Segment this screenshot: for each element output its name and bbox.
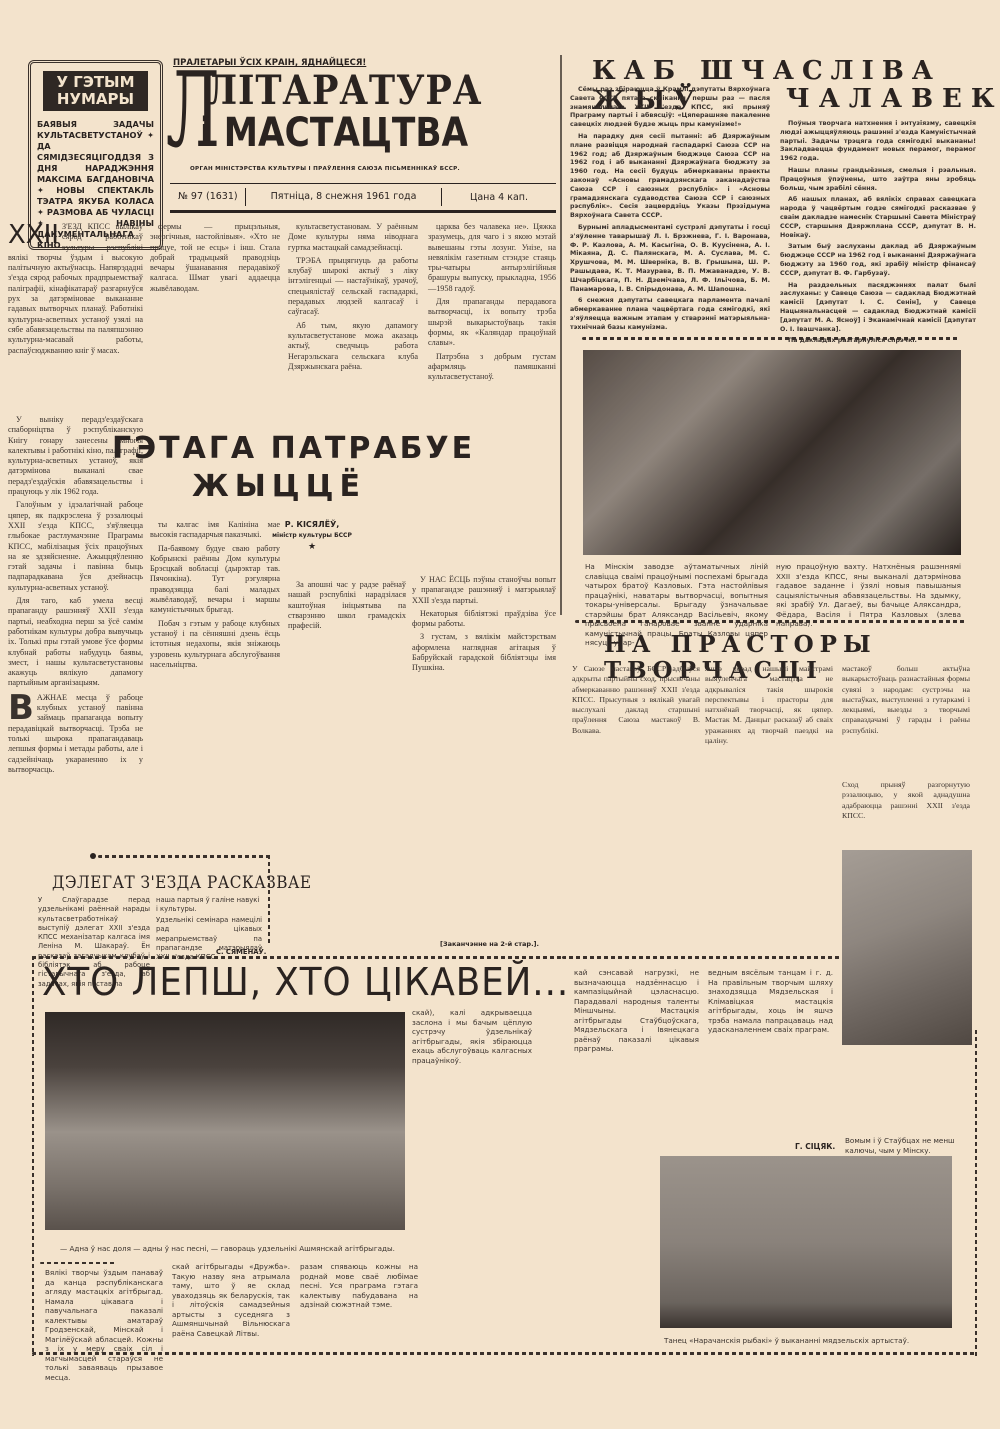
masthead-title-line1: ЛІТАРАТУРА (206, 70, 482, 112)
masthead-title-line2: і МАСТАЦТВА (200, 112, 468, 154)
delegate-author: С. СЯМЕНАЎ. (216, 948, 266, 956)
side-photo-caption: Вомым і ў Стаўбцах не менш калючы, чым у… (845, 1136, 970, 1155)
lead-left-column: Сёмы раз збіраюцца ў Крамлі дэпутаты Вяр… (570, 86, 770, 336)
issue-number: № 97 (1631) (170, 188, 246, 206)
contents-box-header: У ГЭТЫМ НУМАРЫ (43, 71, 148, 111)
delegate-headline: ДЭЛЕГАТ З'ЕЗДА РАСКАЗВАЕ (52, 873, 312, 893)
amateur-headline: ХТО ЛЕПШ, ХТО ЦІКАВЕЙ... (42, 962, 569, 1002)
lead-left-p2: На парадку дня сесіі пытанні: аб Дзяржаў… (570, 133, 770, 221)
art-col2: яшчэ перад нашымі майстрамі выяўленчага … (705, 664, 833, 746)
dance-photo-caption: Танец «Нарачанскія рыбакі» ў выкананні м… (664, 1336, 964, 1346)
amateur-col6: ведным вясёлым танцам і г. д. На правіль… (708, 968, 833, 1035)
lead-right-p2: Нашы планы грандыёзныя, смелыя і рэальны… (780, 167, 976, 193)
main-col4: царква без чалавека не». Цяжка зразумець… (428, 222, 556, 385)
main-col3-p3: Аб тым, якую дапамогу культасветустанове… (288, 321, 418, 372)
delegate-body-right-1: наша партыя ў галіне навукі і культуры. (156, 896, 262, 915)
bottom-section-top-border (32, 956, 562, 959)
main-col3-p2: ТРЭБА прыцягнуць да работы клубаў шырокі… (288, 256, 418, 318)
main-byline: Р. КІСЯЛЁЎ, міністр культуры БССР ★ (262, 520, 362, 552)
art-resolution: Сход прыняў разгорнутую рэзалюцыю, у яко… (842, 780, 970, 821)
lead-divider (582, 337, 960, 340)
main-col1-p2: Галоўным у ідэалагічнай рабоце цяпер, як… (8, 500, 143, 593)
lead-left-p1: Сёмы раз збіраюцца ў Крамлі дэпутаты Вяр… (570, 86, 770, 130)
main-col4-p6: З густам, з вялікім майстэрствам аформле… (412, 632, 556, 673)
art-col3: мастакоў больш актыўна выкарыстоўваць ра… (842, 664, 970, 736)
contents-header-line1: У ГЭТЫМ (45, 74, 146, 91)
amateur-col1: Вялікі творчы ўздым панаваў да канца рэс… (45, 1268, 163, 1382)
main-col4-p3: Патрэбна з добрым густам афармляць памяш… (428, 352, 556, 383)
main-headline-line1: ГЭТАГА ПАТРАБУЕ (112, 432, 475, 466)
caption-divider (40, 1262, 115, 1264)
amateur-col5: кай сэнсавай нагрузкі, не вызначаюцца на… (574, 968, 699, 1054)
lead-right-p1: Поўныя творчага натхнення і энтузіязму, … (780, 120, 976, 164)
art-col1: У Саюзе мастакоў БССР адбыўся адкрыты па… (572, 664, 700, 736)
lead-right-p3: Аб нашых планах, аб вялікіх справах саве… (780, 196, 976, 240)
main-col3: культасветустановам. У раённым Доме куль… (288, 222, 418, 375)
lead-right-p5: На раздзельных пасяджэннях палат былі за… (780, 282, 976, 335)
contents-header-line2: НУМАРЫ (45, 91, 146, 108)
issue-price: Цана 4 кап. (442, 192, 556, 203)
photo-divider (575, 620, 965, 623)
delegate-divider (98, 855, 273, 858)
delegate-right-border (268, 855, 270, 945)
main-headline-line2: ЖЫЦЦЁ (192, 470, 366, 504)
main-col2-p3: Па-баявому будуе сваю работу Кобрынскі р… (150, 544, 280, 616)
dance-photo (660, 1156, 952, 1328)
lead-left-p4: 6 снежня дэпутаты савецкага парламента п… (570, 297, 770, 332)
amateur-col2: скай агітбрыгады «Дружба». Такую назву я… (172, 1262, 290, 1338)
masthead-info-bar: № 97 (1631) Пятніца, 8 снежня 1961 года … (170, 186, 556, 208)
ashmyany-troupe-photo (45, 1012, 405, 1230)
main-col3-p1: культасветустановам. У раённым Доме куль… (288, 222, 418, 253)
main-author-title: міністр культуры БССР (262, 532, 362, 539)
bottom-section-right-border (975, 1030, 977, 1356)
main-dropcap: XXII (8, 222, 59, 248)
lead-right-column: Поўныя творчага натхнення і энтузіязму, … (780, 120, 976, 349)
main-col1: У выніку перадз'ездаўскага спаборніцтва … (8, 415, 143, 775)
painter-photo (842, 850, 972, 1045)
amateur-col4: скай), калі адкрываецца заслона і мы бач… (412, 1008, 532, 1065)
main-col1-p3: Для таго, каб умела весці прапаганду раш… (8, 596, 143, 689)
photo-caption-right: ную працоўную вахту. Натхнёныя рашэннямі… (776, 562, 961, 629)
main-col4b: У НАС ЁСЦЬ пэўны станоўчы вопыт у прапаг… (412, 575, 556, 677)
kazlov-brothers-photo (583, 350, 961, 555)
masthead-rule-bottom (170, 210, 556, 213)
bottom-section-bottom-border (32, 1352, 977, 1355)
main-dropcap-b: В (8, 693, 34, 723)
amateur-col3: разам спяваюць кожны на роднай мове сваё… (300, 1262, 418, 1310)
main-col2-p4: Побач з гэтым у рабоце клубных устаноў і… (150, 619, 280, 670)
masthead-title: Л ЛІТАРАТУРА і МАСТАЦТВА (166, 64, 556, 160)
star-icon: ★ (262, 541, 362, 552)
continued-note: [Заканчэнне на 2-й стар.]. (440, 940, 539, 948)
lead-left-p3: Бурнымі апладысментамі сустрэлі дэпутаты… (570, 224, 770, 294)
masthead-organ: ОРГАН МІНІСТЭРСТВА КУЛЬТУРЫ І ПРАЎЛЕННЯ … (190, 166, 460, 172)
art-section-bottom-border (562, 956, 840, 959)
main-col3-p4: За апошні час у радзе раёнаў нашай рэспу… (288, 580, 406, 631)
main-col4-p2: Для прапаганды перадавога вытворчасці, і… (428, 297, 556, 348)
main-col2b: ты калгас імя Калініна мае высокія гаспа… (150, 520, 280, 673)
main-col3b: За апошні час у радзе раёнаў нашай рэспу… (288, 580, 406, 634)
bottom-section-left-border (32, 956, 34, 1356)
main-col4-p4: У НАС ЁСЦЬ пэўны станоўчы вопыт у прапаг… (412, 575, 556, 606)
main-intro-block: XXII З'ЕЗД КПСС вылікаў сярод работнікаў… (8, 222, 143, 356)
ashmyany-photo-caption: — Адна ў нас доля — адны ў нас песні, — … (60, 1244, 420, 1254)
column-divider (560, 55, 562, 615)
main-col4-p1: царква без чалавека не». Цяжка зразумець… (428, 222, 556, 294)
lead-headline-line2: ЧАЛАВЕК (786, 84, 1000, 114)
main-col2-p1: фермы — прыцэльныя, энергічныя, настойлі… (150, 222, 280, 294)
delegate-bullet (90, 853, 96, 859)
masthead-rule-top (170, 183, 556, 184)
main-col2-p2: ты калгас імя Калініна мае высокія гаспа… (150, 520, 280, 541)
amateur-author: Г. СІЦЯК. (795, 1142, 835, 1151)
main-col2: фермы — прыцэльныя, энергічныя, настойлі… (150, 222, 280, 297)
main-col4-p5: Некаторыя бібліятэкі праўдзіва ўсе формы… (412, 609, 556, 630)
lead-right-p4: Затым быў заслуханы даклад аб Дзяржаўным… (780, 243, 976, 278)
issue-date: Пятніца, 8 снежня 1961 года (246, 188, 442, 206)
main-author: Р. КІСЯЛЁЎ, (262, 520, 362, 529)
